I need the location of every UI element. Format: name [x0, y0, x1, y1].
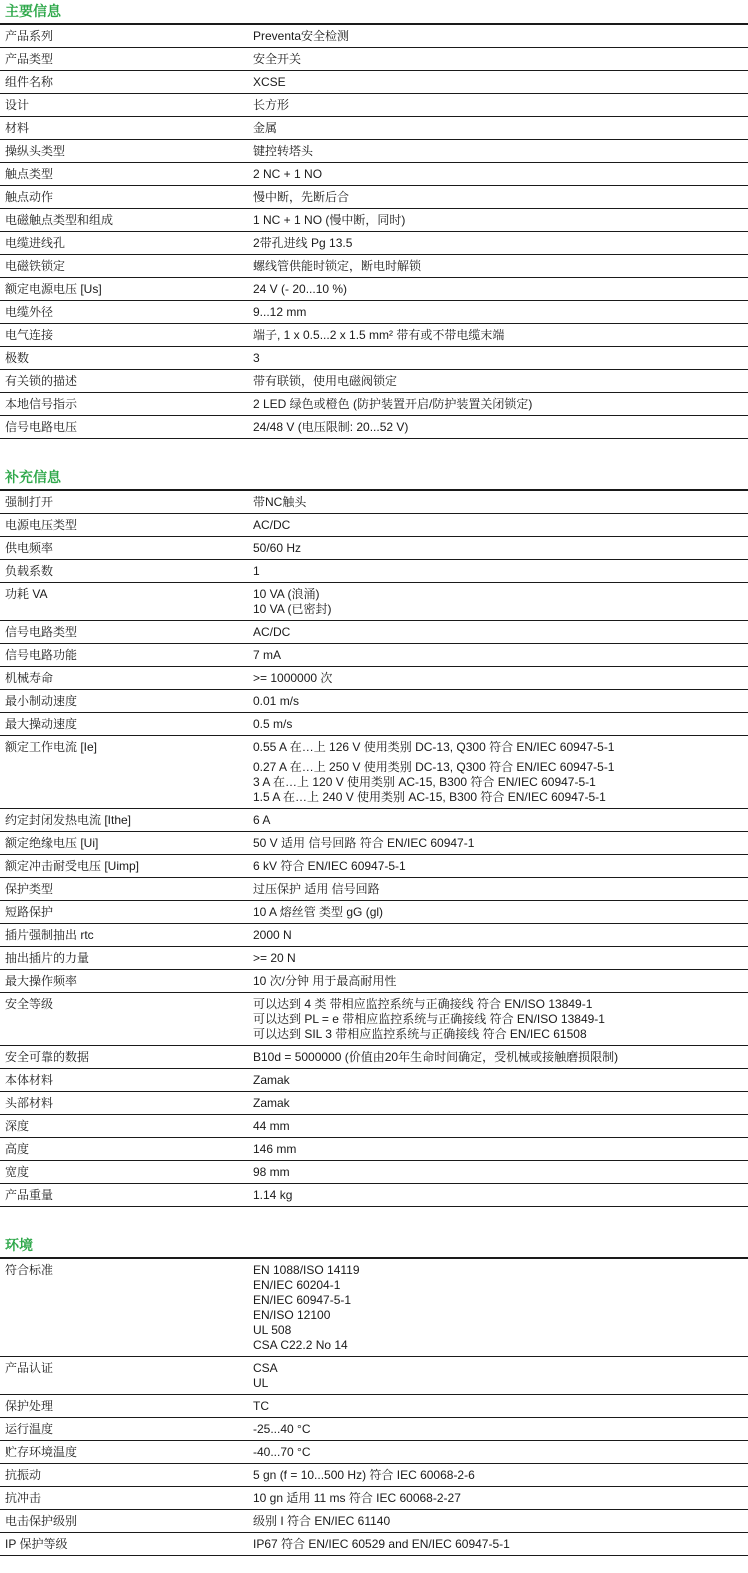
value-paragraph: Zamak	[253, 1096, 744, 1111]
value-paragraph: 过压保护 适用 信号回路	[253, 882, 744, 897]
value-line: 3	[253, 351, 744, 366]
row-label: 触点类型	[0, 167, 253, 182]
value-line: 3 A 在…上 120 V 使用类别 AC-15, B300 符合 EN/IEC…	[253, 775, 744, 790]
row-value: XCSE	[253, 75, 748, 90]
row-label: 产品类型	[0, 52, 253, 67]
row-value: 带有联锁，使用电磁阀锁定	[253, 374, 748, 389]
value-paragraph: 级别 I 符合 EN/IEC 61140	[253, 1514, 744, 1529]
value-paragraph: -25...40 °C	[253, 1422, 744, 1437]
value-line: 0.01 m/s	[253, 694, 744, 709]
table-row: 信号电路类型 AC/DC	[0, 621, 748, 644]
value-line: UL	[253, 1376, 744, 1391]
table-row: 插片强制抽出 rtc 2000 N	[0, 924, 748, 947]
value-line: Zamak	[253, 1073, 744, 1088]
row-label: 强制打开	[0, 495, 253, 510]
value-paragraph: 端子, 1 x 0.5...2 x 1.5 mm² 带有或不带电缆末端	[253, 328, 744, 343]
row-label: 插片强制抽出 rtc	[0, 928, 253, 943]
table-row: 功耗 VA 10 VA (浪涌)10 VA (已密封)	[0, 583, 748, 621]
value-line: 6 A	[253, 813, 744, 828]
value-line: 10 A 熔丝管 类型 gG (gl)	[253, 905, 744, 920]
table-row: 电击保护级别 级别 I 符合 EN/IEC 61140	[0, 1510, 748, 1533]
row-value: 2带孔进线 Pg 13.5	[253, 236, 748, 251]
value-line: 2000 N	[253, 928, 744, 943]
table-row: 最大操作频率 10 次/分钟 用于最高耐用性	[0, 970, 748, 993]
table-row: 电磁铁锁定 螺线管供能时锁定，断电时解锁	[0, 255, 748, 278]
value-line: 螺线管供能时锁定，断电时解锁	[253, 259, 744, 274]
row-value: 金属	[253, 121, 748, 136]
table-row: 最小制动速度 0.01 m/s	[0, 690, 748, 713]
value-paragraph: 安全开关	[253, 52, 744, 67]
value-line: 146 mm	[253, 1142, 744, 1157]
row-value: 6 A	[253, 813, 748, 828]
row-label: 本体材料	[0, 1073, 253, 1088]
value-line: 10 次/分钟 用于最高耐用性	[253, 974, 744, 989]
table-row: 运行温度 -25...40 °C	[0, 1418, 748, 1441]
row-value: 5 gn (f = 10...500 Hz) 符合 IEC 60068-2-6	[253, 1468, 748, 1483]
value-line: AC/DC	[253, 518, 744, 533]
value-paragraph: 带NC触头	[253, 495, 744, 510]
value-line: >= 20 N	[253, 951, 744, 966]
row-label: 贮存环境温度	[0, 1445, 253, 1460]
row-value: 3	[253, 351, 748, 366]
row-value: 端子, 1 x 0.5...2 x 1.5 mm² 带有或不带电缆末端	[253, 328, 748, 343]
value-paragraph: 慢中断，先断后合	[253, 190, 744, 205]
value-line: EN/IEC 60204-1	[253, 1278, 744, 1293]
table-row: 电缆进线孔 2带孔进线 Pg 13.5	[0, 232, 748, 255]
table-row: 深度 44 mm	[0, 1115, 748, 1138]
row-label: 符合标准	[0, 1263, 253, 1278]
row-value: 24 V (- 20...10 %)	[253, 282, 748, 297]
row-value: -40...70 °C	[253, 1445, 748, 1460]
table-row: 符合标准 EN 1088/ISO 14119EN/IEC 60204-1EN/I…	[0, 1259, 748, 1357]
value-paragraph: 1 NC + 1 NO (慢中断，同时)	[253, 213, 744, 228]
table-row: 产品认证 CSAUL	[0, 1357, 748, 1395]
row-label: 电缆进线孔	[0, 236, 253, 251]
table-row: 设计 长方形	[0, 94, 748, 117]
section-rows: 符合标准 EN 1088/ISO 14119EN/IEC 60204-1EN/I…	[0, 1259, 748, 1556]
row-label: 抽出插片的力量	[0, 951, 253, 966]
value-line: CSA C22.2 No 14	[253, 1338, 744, 1353]
value-line: 2带孔进线 Pg 13.5	[253, 236, 744, 251]
value-paragraph: 9...12 mm	[253, 305, 744, 320]
value-paragraph: CSAUL	[253, 1361, 744, 1391]
row-label: 供电频率	[0, 541, 253, 556]
table-row: 保护类型 过压保护 适用 信号回路	[0, 878, 748, 901]
value-paragraph: 螺线管供能时锁定，断电时解锁	[253, 259, 744, 274]
row-value: 50 V 适用 信号回路 符合 EN/IEC 60947-1	[253, 836, 748, 851]
value-paragraph: 10 VA (浪涌)10 VA (已密封)	[253, 587, 744, 617]
value-line: 10 VA (已密封)	[253, 602, 744, 617]
row-value: Zamak	[253, 1073, 748, 1088]
row-value: 10 gn 适用 11 ms 符合 IEC 60068-2-27	[253, 1491, 748, 1506]
row-label: 额定绝缘电压 [Ui]	[0, 836, 253, 851]
row-label: 机械寿命	[0, 671, 253, 686]
row-label: 电磁触点类型和组成	[0, 213, 253, 228]
table-row: 供电频率 50/60 Hz	[0, 537, 748, 560]
row-value: 10 A 熔丝管 类型 gG (gl)	[253, 905, 748, 920]
table-row: 信号电路电压 24/48 V (电压限制: 20...52 V)	[0, 416, 748, 439]
row-label: 有关锁的描述	[0, 374, 253, 389]
table-row: 安全可靠的数据 B10d = 5000000 (价值由20年生命时间确定，受机械…	[0, 1046, 748, 1069]
table-row: 本体材料 Zamak	[0, 1069, 748, 1092]
row-label: 操纵头类型	[0, 144, 253, 159]
row-label: 电缆外径	[0, 305, 253, 320]
value-paragraph: 24/48 V (电压限制: 20...52 V)	[253, 420, 744, 435]
value-line: 6 kV 符合 EN/IEC 60947-5-1	[253, 859, 744, 874]
row-value: 1.14 kg	[253, 1188, 748, 1203]
row-value: 螺线管供能时锁定，断电时解锁	[253, 259, 748, 274]
row-value: 长方形	[253, 98, 748, 113]
value-paragraph: 10 gn 适用 11 ms 符合 IEC 60068-2-27	[253, 1491, 744, 1506]
value-paragraph: >= 20 N	[253, 951, 744, 966]
sections-container: 主要信息 产品系列 Preventa安全检测 产品类型 安全开关 组件名称 XC…	[0, 3, 748, 1556]
row-label: 信号电路类型	[0, 625, 253, 640]
value-line: 50 V 适用 信号回路 符合 EN/IEC 60947-1	[253, 836, 744, 851]
row-label: 材料	[0, 121, 253, 136]
value-paragraph: 98 mm	[253, 1165, 744, 1180]
row-value: 44 mm	[253, 1119, 748, 1134]
table-row: 抗冲击 10 gn 适用 11 ms 符合 IEC 60068-2-27	[0, 1487, 748, 1510]
section-rows: 产品系列 Preventa安全检测 产品类型 安全开关 组件名称 XCSE 设计…	[0, 25, 748, 439]
value-line: IP67 符合 EN/IEC 60529 and EN/IEC 60947-5-…	[253, 1537, 744, 1552]
value-line: 50/60 Hz	[253, 541, 744, 556]
row-value: TC	[253, 1399, 748, 1414]
value-line: >= 1000000 次	[253, 671, 744, 686]
section-title: 补充信息	[0, 469, 748, 491]
row-value: 带NC触头	[253, 495, 748, 510]
row-value: Preventa安全检测	[253, 29, 748, 44]
value-line: 2 NC + 1 NO	[253, 167, 744, 182]
value-line: 0.55 A 在…上 126 V 使用类别 DC-13, Q300 符合 EN/…	[253, 740, 744, 755]
value-paragraph: 可以达到 4 类 带相应监控系统与正确接线 符合 EN/ISO 13849-1可…	[253, 997, 744, 1042]
row-value: Zamak	[253, 1096, 748, 1111]
table-row: 头部材料 Zamak	[0, 1092, 748, 1115]
value-paragraph: AC/DC	[253, 625, 744, 640]
table-row: 信号电路功能 7 mA	[0, 644, 748, 667]
row-value: 可以达到 4 类 带相应监控系统与正确接线 符合 EN/ISO 13849-1可…	[253, 997, 748, 1042]
value-paragraph: 50 V 适用 信号回路 符合 EN/IEC 60947-1	[253, 836, 744, 851]
row-value: IP67 符合 EN/IEC 60529 and EN/IEC 60947-5-…	[253, 1537, 748, 1552]
section-title: 主要信息	[0, 3, 748, 25]
table-row: 产品重量 1.14 kg	[0, 1184, 748, 1207]
row-value: 98 mm	[253, 1165, 748, 1180]
value-line: 1 NC + 1 NO (慢中断，同时)	[253, 213, 744, 228]
row-value: >= 20 N	[253, 951, 748, 966]
row-value: 10 次/分钟 用于最高耐用性	[253, 974, 748, 989]
value-line: 端子, 1 x 0.5...2 x 1.5 mm² 带有或不带电缆末端	[253, 328, 744, 343]
row-label: 运行温度	[0, 1422, 253, 1437]
row-value: 9...12 mm	[253, 305, 748, 320]
row-label: 产品系列	[0, 29, 253, 44]
table-row: 保护处理 TC	[0, 1395, 748, 1418]
value-line: 键控转塔头	[253, 144, 744, 159]
value-line: 7 mA	[253, 648, 744, 663]
table-row: 有关锁的描述 带有联锁，使用电磁阀锁定	[0, 370, 748, 393]
table-row: 材料 金属	[0, 117, 748, 140]
row-value: 6 kV 符合 EN/IEC 60947-5-1	[253, 859, 748, 874]
value-paragraph: 24 V (- 20...10 %)	[253, 282, 744, 297]
value-paragraph: -40...70 °C	[253, 1445, 744, 1460]
value-paragraph: 5 gn (f = 10...500 Hz) 符合 IEC 60068-2-6	[253, 1468, 744, 1483]
value-paragraph: Preventa安全检测	[253, 29, 744, 44]
value-line: XCSE	[253, 75, 744, 90]
table-row: 极数 3	[0, 347, 748, 370]
row-label: 额定冲击耐受电压 [Uimp]	[0, 859, 253, 874]
table-row: 宽度 98 mm	[0, 1161, 748, 1184]
table-row: 本地信号指示 2 LED 绿色或橙色 (防护装置开启/防护装置关闭锁定)	[0, 393, 748, 416]
table-row: 额定工作电流 [Ie] 0.55 A 在…上 126 V 使用类别 DC-13,…	[0, 736, 748, 809]
row-value: 50/60 Hz	[253, 541, 748, 556]
value-paragraph: AC/DC	[253, 518, 744, 533]
row-value: 级别 I 符合 EN/IEC 61140	[253, 1514, 748, 1529]
value-line: 过压保护 适用 信号回路	[253, 882, 744, 897]
row-value: 慢中断，先断后合	[253, 190, 748, 205]
value-paragraph: 6 A	[253, 813, 744, 828]
section-rows: 强制打开 带NC触头 电源电压类型 AC/DC 供电频率 50/60 Hz 负载…	[0, 491, 748, 1207]
row-label: 设计	[0, 98, 253, 113]
value-paragraph: Zamak	[253, 1073, 744, 1088]
value-paragraph: 键控转塔头	[253, 144, 744, 159]
table-row: 抗振动 5 gn (f = 10...500 Hz) 符合 IEC 60068-…	[0, 1464, 748, 1487]
value-line: EN/IEC 60947-5-1	[253, 1293, 744, 1308]
table-row: 组件名称 XCSE	[0, 71, 748, 94]
row-value: 2 LED 绿色或橙色 (防护装置开启/防护装置关闭锁定)	[253, 397, 748, 412]
value-line: UL 508	[253, 1323, 744, 1338]
row-label: 负载系数	[0, 564, 253, 579]
row-label: 电磁铁锁定	[0, 259, 253, 274]
table-row: 负载系数 1	[0, 560, 748, 583]
row-value: EN 1088/ISO 14119EN/IEC 60204-1EN/IEC 60…	[253, 1263, 748, 1353]
table-row: 操纵头类型 键控转塔头	[0, 140, 748, 163]
value-paragraph: 44 mm	[253, 1119, 744, 1134]
row-label: 高度	[0, 1142, 253, 1157]
row-value: 过压保护 适用 信号回路	[253, 882, 748, 897]
value-line: 1.14 kg	[253, 1188, 744, 1203]
value-line: TC	[253, 1399, 744, 1414]
row-value: 键控转塔头	[253, 144, 748, 159]
row-label: 深度	[0, 1119, 253, 1134]
value-line: 9...12 mm	[253, 305, 744, 320]
table-row: 产品类型 安全开关	[0, 48, 748, 71]
value-line: Preventa安全检测	[253, 29, 744, 44]
value-line: 10 gn 适用 11 ms 符合 IEC 60068-2-27	[253, 1491, 744, 1506]
value-line: 级别 I 符合 EN/IEC 61140	[253, 1514, 744, 1529]
row-value: 2 NC + 1 NO	[253, 167, 748, 182]
value-paragraph: 1.14 kg	[253, 1188, 744, 1203]
value-line: 带NC触头	[253, 495, 744, 510]
row-value: 1 NC + 1 NO (慢中断，同时)	[253, 213, 748, 228]
row-label: 信号电路功能	[0, 648, 253, 663]
value-line: 10 VA (浪涌)	[253, 587, 744, 602]
row-label: 触点动作	[0, 190, 253, 205]
table-row: 强制打开 带NC触头	[0, 491, 748, 514]
value-paragraph: >= 1000000 次	[253, 671, 744, 686]
row-value: 安全开关	[253, 52, 748, 67]
spec-section-3: 环境 符合标准 EN 1088/ISO 14119EN/IEC 60204-1E…	[0, 1237, 748, 1556]
row-label: 电源电压类型	[0, 518, 253, 533]
value-paragraph: 0.5 m/s	[253, 717, 744, 732]
row-label: 短路保护	[0, 905, 253, 920]
table-row: 抽出插片的力量 >= 20 N	[0, 947, 748, 970]
row-label: 极数	[0, 351, 253, 366]
value-line: -25...40 °C	[253, 1422, 744, 1437]
spec-section-2: 补充信息 强制打开 带NC触头 电源电压类型 AC/DC 供电频率 50/60 …	[0, 469, 748, 1207]
row-label: 额定电源电压 [Us]	[0, 282, 253, 297]
table-row: 安全等级 可以达到 4 类 带相应监控系统与正确接线 符合 EN/ISO 138…	[0, 993, 748, 1046]
row-value: -25...40 °C	[253, 1422, 748, 1437]
value-paragraph: EN 1088/ISO 14119EN/IEC 60204-1EN/IEC 60…	[253, 1263, 744, 1353]
value-line: 24/48 V (电压限制: 20...52 V)	[253, 420, 744, 435]
value-line: 长方形	[253, 98, 744, 113]
table-row: 产品系列 Preventa安全检测	[0, 25, 748, 48]
row-value: 24/48 V (电压限制: 20...52 V)	[253, 420, 748, 435]
value-line: 98 mm	[253, 1165, 744, 1180]
value-paragraph: 2 LED 绿色或橙色 (防护装置开启/防护装置关闭锁定)	[253, 397, 744, 412]
row-label: 保护处理	[0, 1399, 253, 1414]
row-value: 7 mA	[253, 648, 748, 663]
value-line: 24 V (- 20...10 %)	[253, 282, 744, 297]
table-row: 机械寿命 >= 1000000 次	[0, 667, 748, 690]
table-row: 触点类型 2 NC + 1 NO	[0, 163, 748, 186]
value-paragraph: 2 NC + 1 NO	[253, 167, 744, 182]
value-line: 可以达到 4 类 带相应监控系统与正确接线 符合 EN/ISO 13849-1	[253, 997, 744, 1012]
row-value: 0.01 m/s	[253, 694, 748, 709]
value-paragraph: 50/60 Hz	[253, 541, 744, 556]
value-line: EN/ISO 12100	[253, 1308, 744, 1323]
row-value: 0.5 m/s	[253, 717, 748, 732]
table-row: IP 保护等级 IP67 符合 EN/IEC 60529 and EN/IEC …	[0, 1533, 748, 1556]
row-label: IP 保护等级	[0, 1537, 253, 1552]
table-row: 短路保护 10 A 熔丝管 类型 gG (gl)	[0, 901, 748, 924]
row-label: 组件名称	[0, 75, 253, 90]
row-label: 抗冲击	[0, 1491, 253, 1506]
value-paragraph: 3	[253, 351, 744, 366]
value-paragraph: 10 A 熔丝管 类型 gG (gl)	[253, 905, 744, 920]
value-line: 可以达到 SIL 3 带相应监控系统与正确接线 符合 EN/IEC 61508	[253, 1027, 744, 1042]
row-label: 宽度	[0, 1165, 253, 1180]
row-value: B10d = 5000000 (价值由20年生命时间确定，受机械或接触磨损限制)	[253, 1050, 748, 1065]
value-paragraph: 长方形	[253, 98, 744, 113]
table-row: 电源电压类型 AC/DC	[0, 514, 748, 537]
row-label: 本地信号指示	[0, 397, 253, 412]
value-line: AC/DC	[253, 625, 744, 640]
row-value: 2000 N	[253, 928, 748, 943]
value-line: B10d = 5000000 (价值由20年生命时间确定，受机械或接触磨损限制)	[253, 1050, 744, 1065]
value-paragraph: 146 mm	[253, 1142, 744, 1157]
value-line: 0.5 m/s	[253, 717, 744, 732]
section-title: 环境	[0, 1237, 748, 1259]
row-value: >= 1000000 次	[253, 671, 748, 686]
value-paragraph: 7 mA	[253, 648, 744, 663]
row-label: 功耗 VA	[0, 587, 253, 602]
value-line: 慢中断，先断后合	[253, 190, 744, 205]
row-label: 最大操动速度	[0, 717, 253, 732]
value-paragraph: 1	[253, 564, 744, 579]
value-paragraph: 带有联锁，使用电磁阀锁定	[253, 374, 744, 389]
table-row: 贮存环境温度 -40...70 °C	[0, 1441, 748, 1464]
value-line: 5 gn (f = 10...500 Hz) 符合 IEC 60068-2-6	[253, 1468, 744, 1483]
row-value: 1	[253, 564, 748, 579]
value-line: 0.27 A 在…上 250 V 使用类别 DC-13, Q300 符合 EN/…	[253, 760, 744, 775]
value-paragraph: 0.55 A 在…上 126 V 使用类别 DC-13, Q300 符合 EN/…	[253, 740, 744, 755]
value-paragraph: B10d = 5000000 (价值由20年生命时间确定，受机械或接触磨损限制)	[253, 1050, 744, 1065]
value-line: EN 1088/ISO 14119	[253, 1263, 744, 1278]
value-paragraph: 2带孔进线 Pg 13.5	[253, 236, 744, 251]
table-row: 电磁触点类型和组成 1 NC + 1 NO (慢中断，同时)	[0, 209, 748, 232]
value-line: 金属	[253, 121, 744, 136]
value-paragraph: 6 kV 符合 EN/IEC 60947-5-1	[253, 859, 744, 874]
table-row: 触点动作 慢中断，先断后合	[0, 186, 748, 209]
value-paragraph: 2000 N	[253, 928, 744, 943]
row-label: 约定封闭发热电流 [Ithe]	[0, 813, 253, 828]
row-value: AC/DC	[253, 518, 748, 533]
row-value: AC/DC	[253, 625, 748, 640]
row-label: 安全可靠的数据	[0, 1050, 253, 1065]
value-line: 2 LED 绿色或橙色 (防护装置开启/防护装置关闭锁定)	[253, 397, 744, 412]
row-label: 额定工作电流 [Ie]	[0, 740, 253, 755]
table-row: 额定冲击耐受电压 [Uimp] 6 kV 符合 EN/IEC 60947-5-1	[0, 855, 748, 878]
table-row: 电气连接 端子, 1 x 0.5...2 x 1.5 mm² 带有或不带电缆末端	[0, 324, 748, 347]
row-value: 10 VA (浪涌)10 VA (已密封)	[253, 587, 748, 617]
row-value: 0.55 A 在…上 126 V 使用类别 DC-13, Q300 符合 EN/…	[253, 740, 748, 805]
value-line: 44 mm	[253, 1119, 744, 1134]
row-label: 保护类型	[0, 882, 253, 897]
value-line: CSA	[253, 1361, 744, 1376]
value-paragraph: TC	[253, 1399, 744, 1414]
value-paragraph: 10 次/分钟 用于最高耐用性	[253, 974, 744, 989]
row-label: 头部材料	[0, 1096, 253, 1111]
row-label: 产品重量	[0, 1188, 253, 1203]
row-label: 最大操作频率	[0, 974, 253, 989]
table-row: 约定封闭发热电流 [Ithe] 6 A	[0, 809, 748, 832]
value-paragraph: 金属	[253, 121, 744, 136]
product-spec-sheet: 主要信息 产品系列 Preventa安全检测 产品类型 安全开关 组件名称 XC…	[0, 0, 748, 1556]
value-paragraph: 0.01 m/s	[253, 694, 744, 709]
row-label: 电击保护级别	[0, 1514, 253, 1529]
table-row: 高度 146 mm	[0, 1138, 748, 1161]
table-row: 最大操动速度 0.5 m/s	[0, 713, 748, 736]
table-row: 额定电源电压 [Us] 24 V (- 20...10 %)	[0, 278, 748, 301]
value-paragraph: XCSE	[253, 75, 744, 90]
row-value: CSAUL	[253, 1361, 748, 1391]
table-row: 电缆外径 9...12 mm	[0, 301, 748, 324]
value-line: 可以达到 PL = e 带相应监控系统与正确接线 符合 EN/ISO 13849…	[253, 1012, 744, 1027]
spec-section-1: 主要信息 产品系列 Preventa安全检测 产品类型 安全开关 组件名称 XC…	[0, 3, 748, 439]
value-line: Zamak	[253, 1096, 744, 1111]
value-line: -40...70 °C	[253, 1445, 744, 1460]
value-paragraph: IP67 符合 EN/IEC 60529 and EN/IEC 60947-5-…	[253, 1537, 744, 1552]
value-line: 1.5 A 在…上 240 V 使用类别 AC-15, B300 符合 EN/I…	[253, 790, 744, 805]
table-row: 额定绝缘电压 [Ui] 50 V 适用 信号回路 符合 EN/IEC 60947…	[0, 832, 748, 855]
row-label: 产品认证	[0, 1361, 253, 1376]
row-label: 抗振动	[0, 1468, 253, 1483]
row-label: 最小制动速度	[0, 694, 253, 709]
value-line: 安全开关	[253, 52, 744, 67]
value-line: 1	[253, 564, 744, 579]
row-label: 信号电路电压	[0, 420, 253, 435]
value-paragraph: 0.27 A 在…上 250 V 使用类别 DC-13, Q300 符合 EN/…	[253, 760, 744, 805]
row-label: 安全等级	[0, 997, 253, 1012]
value-line: 带有联锁，使用电磁阀锁定	[253, 374, 744, 389]
row-value: 146 mm	[253, 1142, 748, 1157]
row-label: 电气连接	[0, 328, 253, 343]
